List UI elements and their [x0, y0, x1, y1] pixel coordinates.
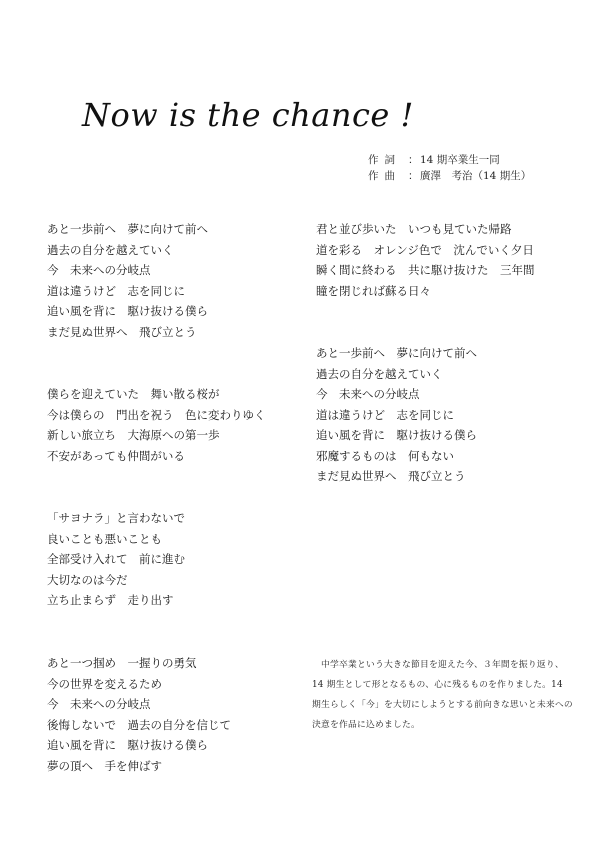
- lyric-line: 追い風を背に 駆け抜ける僕ら: [47, 735, 231, 756]
- lyric-line: 後悔しないで 過去の自分を信じて: [47, 715, 231, 736]
- lyric-line: 追い風を背に 駆け抜ける僕ら: [316, 425, 477, 446]
- lyric-line: 邪魔するものは 何もない: [316, 446, 477, 467]
- lyric-line: あと一歩前へ 夢に向けて前へ: [47, 219, 208, 240]
- lyric-line: 全部受け入れて 前に進む: [47, 549, 185, 570]
- verse-left-4: あと一つ掴め 一握りの勇気 今の世界を変えるため 今 未来への分岐点 後悔しない…: [47, 653, 231, 776]
- lyric-line: まだ見ぬ世界へ 飛び立とう: [47, 322, 208, 343]
- credit-value: 14 期卒業生一同: [420, 152, 500, 168]
- credit-music: 作曲 ： 廣澤 考治（14 期生）: [368, 168, 531, 184]
- lyric-line: 追い風を背に 駆け抜ける僕ら: [47, 301, 208, 322]
- lyric-line: 今 未来への分岐点: [47, 260, 208, 281]
- song-description: 中学卒業という大きな節目を迎えた今、３年間を振り返り、14 期生として形となるも…: [312, 655, 574, 735]
- lyric-line: 今 未来への分岐点: [316, 384, 477, 405]
- lyric-line: 大切なのは今だ: [47, 570, 185, 591]
- lyric-line: 良いことも悪いことも: [47, 529, 185, 550]
- lyric-line: あと一つ掴め 一握りの勇気: [47, 653, 231, 674]
- lyric-line: あと一歩前へ 夢に向けて前へ: [316, 343, 477, 364]
- lyric-line: 瞬く間に終わる 共に駆け抜けた 三年間: [316, 260, 535, 281]
- lyric-line: 今の世界を変えるため: [47, 674, 231, 695]
- lyric-line: 瞳を閉じれば蘇る日々: [316, 281, 535, 302]
- lyric-line: 不安があっても仲間がいる: [47, 446, 266, 467]
- lyric-line: 夢の頂へ 手を伸ばす: [47, 756, 231, 777]
- credit-label: 作曲: [368, 168, 408, 184]
- lyric-line: 今 未来への分岐点: [47, 694, 231, 715]
- credit-lyrics: 作詞 ： 14 期卒業生一同: [368, 152, 531, 168]
- verse-left-3: 「サヨナラ」と言わないで 良いことも悪いことも 全部受け入れて 前に進む 大切な…: [47, 508, 185, 611]
- lyric-line: 道は違うけど 志を同じに: [316, 405, 477, 426]
- lyric-line: 新しい旅立ち 大海原への第一歩: [47, 425, 266, 446]
- lyric-line: 君と並び歩いた いつも見ていた帰路: [316, 219, 535, 240]
- lyric-line: 過去の自分を越えていく: [47, 240, 208, 261]
- lyric-line: 僕らを迎えていた 舞い散る桜が: [47, 384, 266, 405]
- verse-left-2: 僕らを迎えていた 舞い散る桜が 今は僕らの 門出を祝う 色に変わりゆく 新しい旅…: [47, 384, 266, 466]
- lyric-line: 「サヨナラ」と言わないで: [47, 508, 185, 529]
- credit-value: 廣澤 考治（14 期生）: [420, 168, 531, 184]
- lyric-line: 立ち止まらず 走り出す: [47, 590, 185, 611]
- lyric-line: 過去の自分を越えていく: [316, 364, 477, 385]
- verse-right-2: あと一歩前へ 夢に向けて前へ 過去の自分を越えていく 今 未来への分岐点 道は違…: [316, 343, 477, 487]
- song-title: Now is the chance !: [82, 96, 414, 134]
- lyric-line: 道を彩る オレンジ色で 沈んでいく夕日: [316, 240, 535, 261]
- lyric-line: 今は僕らの 門出を祝う 色に変わりゆく: [47, 405, 266, 426]
- verse-right-1: 君と並び歩いた いつも見ていた帰路 道を彩る オレンジ色で 沈んでいく夕日 瞬く…: [316, 219, 535, 301]
- credits: 作詞 ： 14 期卒業生一同 作曲 ： 廣澤 考治（14 期生）: [368, 152, 531, 184]
- credit-label: 作詞: [368, 152, 408, 168]
- lyric-line: 道は違うけど 志を同じに: [47, 281, 208, 302]
- credit-separator: ：: [408, 168, 420, 184]
- verse-left-1: あと一歩前へ 夢に向けて前へ 過去の自分を越えていく 今 未来への分岐点 道は違…: [47, 219, 208, 342]
- lyric-line: まだ見ぬ世界へ 飛び立とう: [316, 466, 477, 487]
- credit-separator: ：: [408, 152, 420, 168]
